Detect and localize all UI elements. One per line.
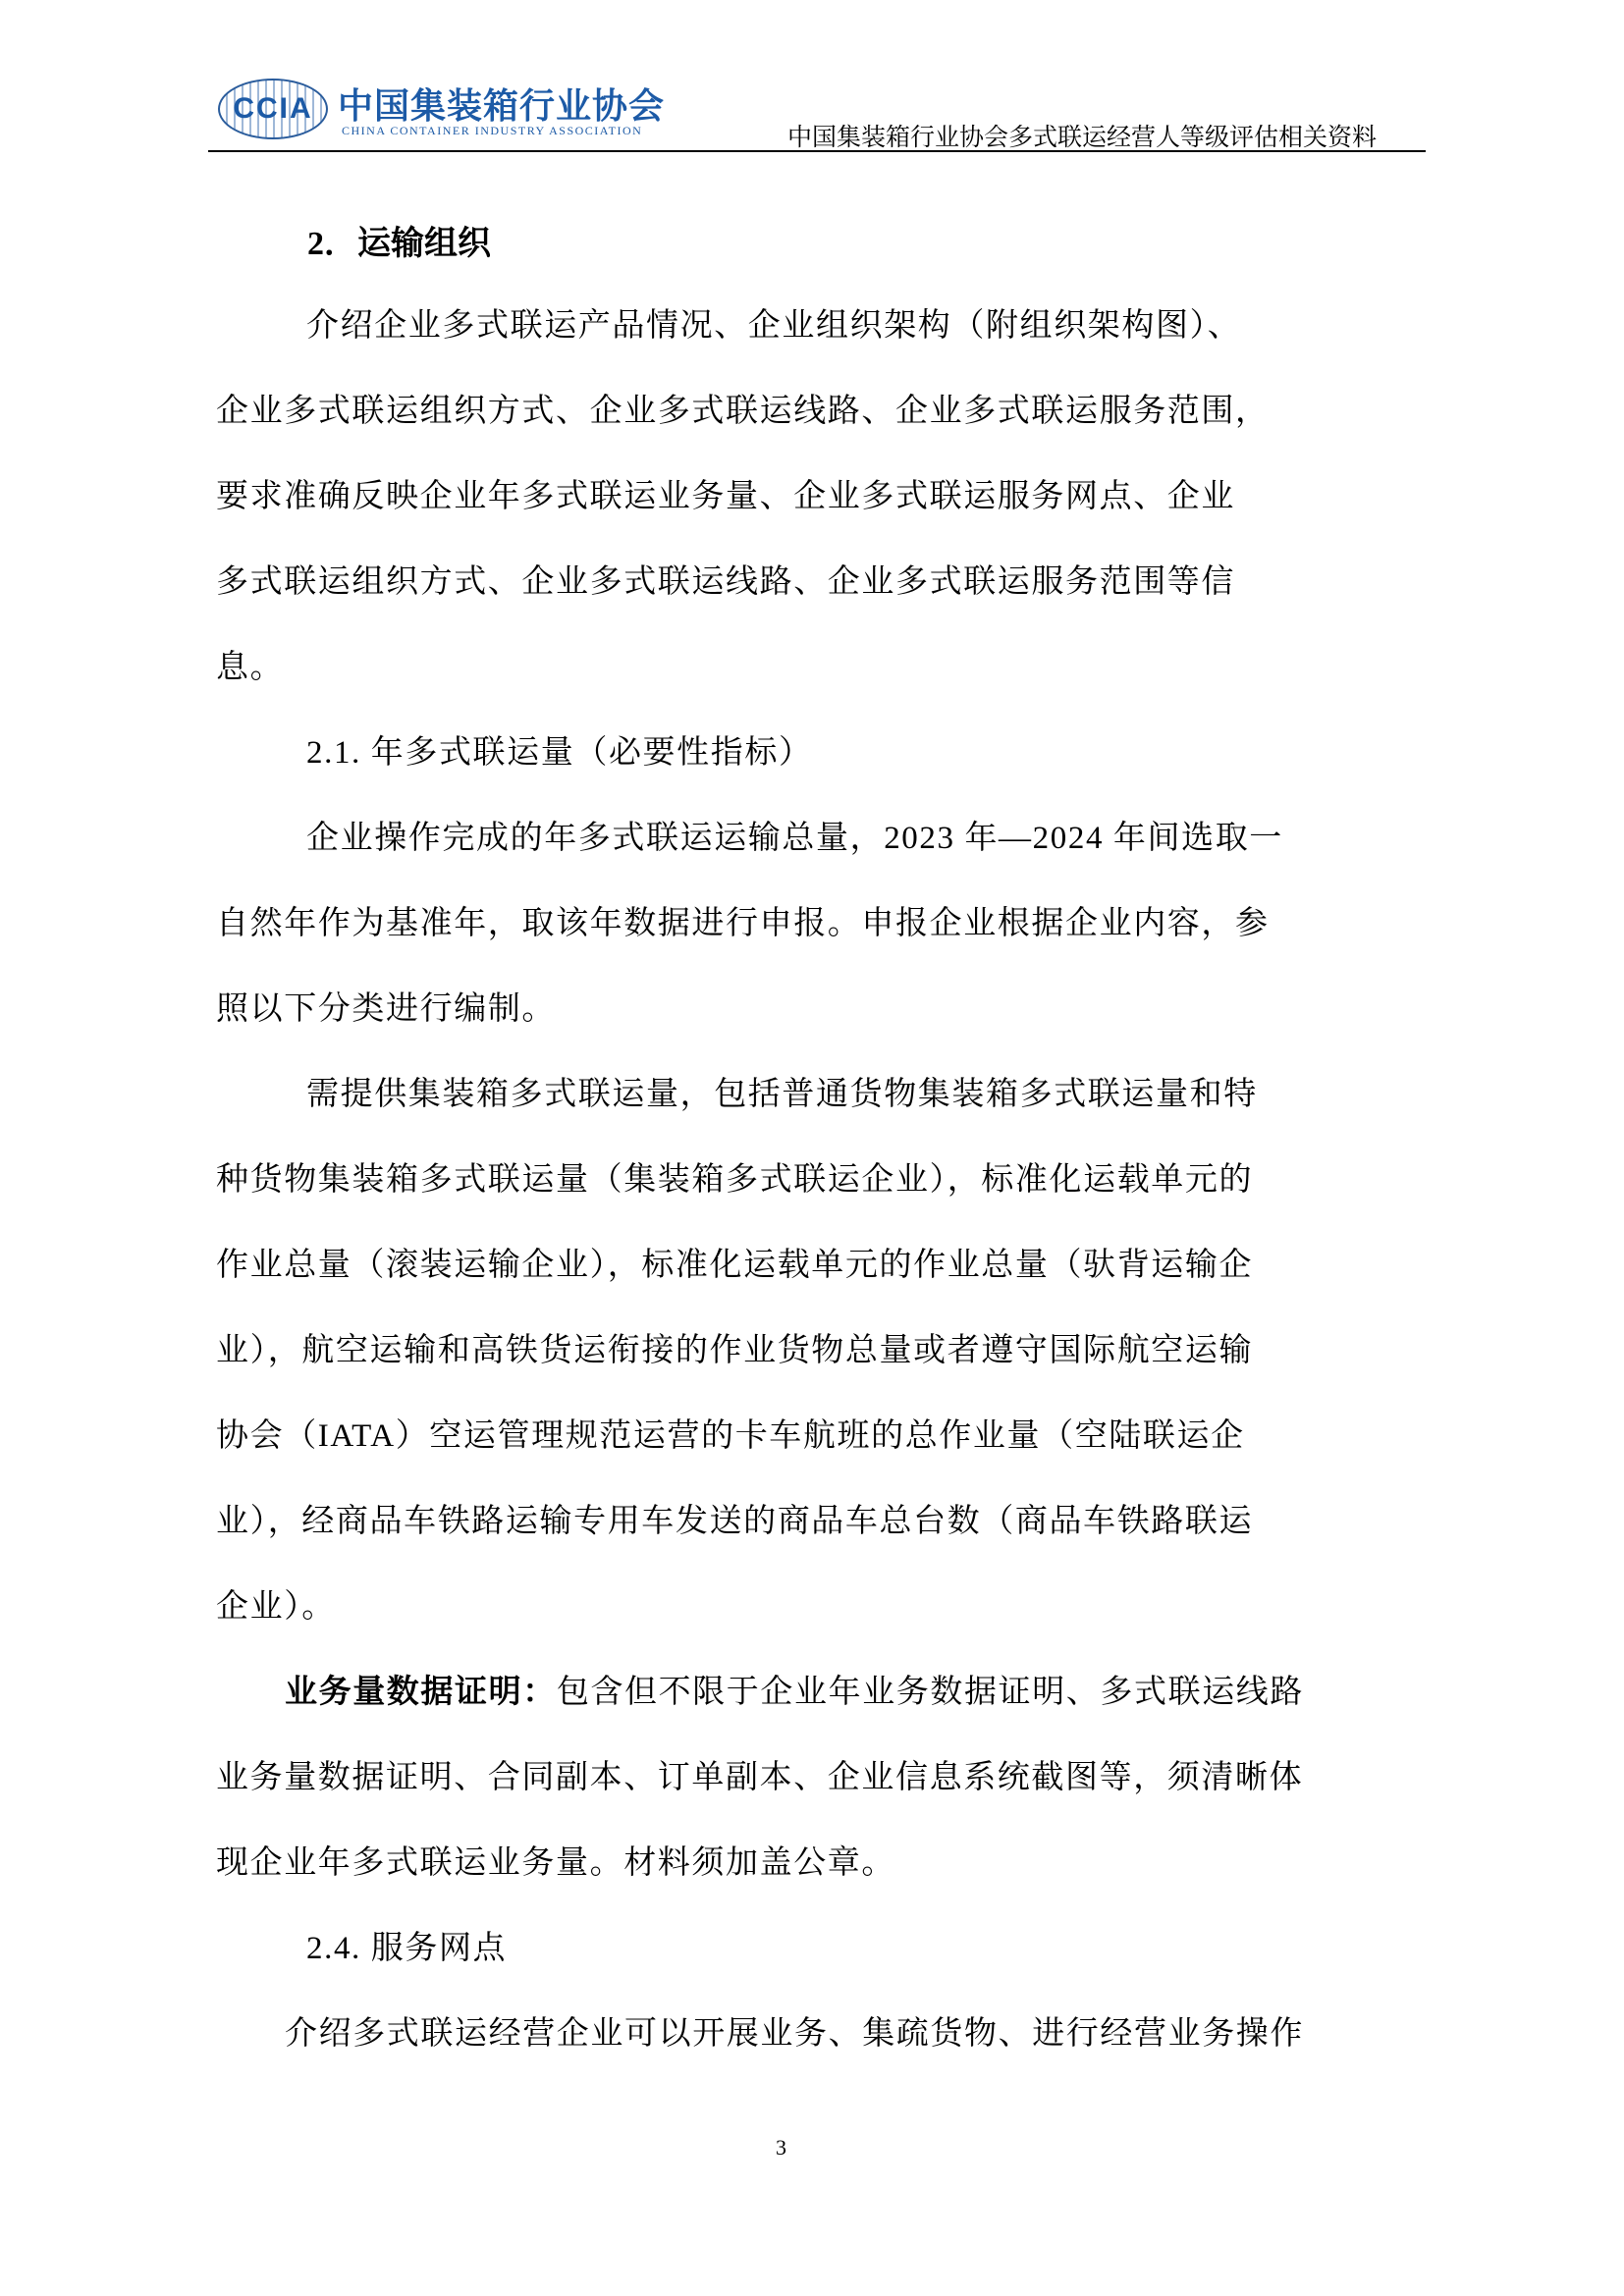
para-line: 企业操作完成的年多式联运运输总量，2023 年—2024 年间选取一 — [306, 812, 1283, 858]
para-line: 介绍多式联运经营企业可以开展业务、集疏货物、进行经营业务操作 — [285, 2007, 1304, 2054]
para-line: 业），经商品车铁路运输专用车发送的商品车总台数（商品车铁路联运 — [216, 1495, 1253, 1541]
intro-line: 企业多式联运组织方式、企业多式联运线路、企业多式联运服务范围， — [216, 385, 1270, 431]
para-line: 种货物集装箱多式联运量（集装箱多式联运企业），标准化运载单元的 — [216, 1153, 1253, 1200]
subsection-heading-2-1: 2.1. 年多式联运量（必要性指标） — [306, 726, 813, 773]
section-heading: 2．运输组织 — [307, 216, 491, 264]
subsection-heading-2-4: 2.4. 服务网点 — [306, 1922, 507, 1968]
logo-name-cn: 中国集装箱行业协会 — [338, 79, 665, 129]
proof-label: 业务量数据证明： — [285, 1675, 557, 1710]
intro-line: 介绍企业多式联运产品情况、企业组织架构（附组织架构图）、 — [306, 299, 1241, 346]
intro-line: 要求准确反映企业年多式联运业务量、企业多式联运服务网点、企业 — [216, 470, 1235, 516]
proof-line: 现企业年多式联运业务量。材料须加盖公章。 — [216, 1837, 895, 1883]
page-number: 3 — [776, 2135, 786, 2161]
logo-abbr: CCIA — [218, 79, 328, 139]
proof-text: 包含但不限于企业年业务数据证明、多式联运线路 — [557, 1675, 1304, 1710]
para-line: 作业总量（滚装运输企业），标准化运载单元的作业总量（驮背运输企 — [216, 1239, 1253, 1285]
header-title: 中国集装箱行业协会多式联运经营人等级评估相关资料 — [787, 118, 1377, 153]
intro-line: 息。 — [216, 641, 284, 687]
para-line: 企业）。 — [216, 1580, 336, 1627]
para-line: 照以下分类进行编制。 — [216, 983, 556, 1029]
header-divider — [208, 150, 1426, 152]
para-line: 需提供集装箱多式联运量，包括普通货物集装箱多式联运量和特 — [306, 1068, 1258, 1114]
para-line: 协会（IATA）空运管理规范运营的卡车航班的总作业量（空陆联运企 — [216, 1410, 1245, 1456]
page-header: CCIA 中国集装箱行业协会 CHINA CONTAINER INDUSTRY … — [208, 69, 1426, 151]
intro-line: 多式联运组织方式、企业多式联运线路、企业多式联运服务范围等信 — [216, 556, 1235, 602]
logo-name-en: CHINA CONTAINER INDUSTRY ASSOCIATION — [342, 124, 642, 138]
para-line: 自然年作为基准年，取该年数据进行申报。申报企业根据企业内容，参 — [216, 897, 1270, 943]
para-line: 业），航空运输和高铁货运衔接的作业货物总量或者遵守国际航空运输 — [216, 1324, 1253, 1370]
proof-line: 业务量数据证明、合同副本、订单副本、企业信息系统截图等，须清晰体 — [216, 1751, 1303, 1797]
ccia-logo: CCIA 中国集装箱行业协会 CHINA CONTAINER INDUSTRY … — [208, 77, 640, 145]
proof-line: 业务量数据证明：包含但不限于企业年业务数据证明、多式联运线路 — [285, 1666, 1304, 1712]
